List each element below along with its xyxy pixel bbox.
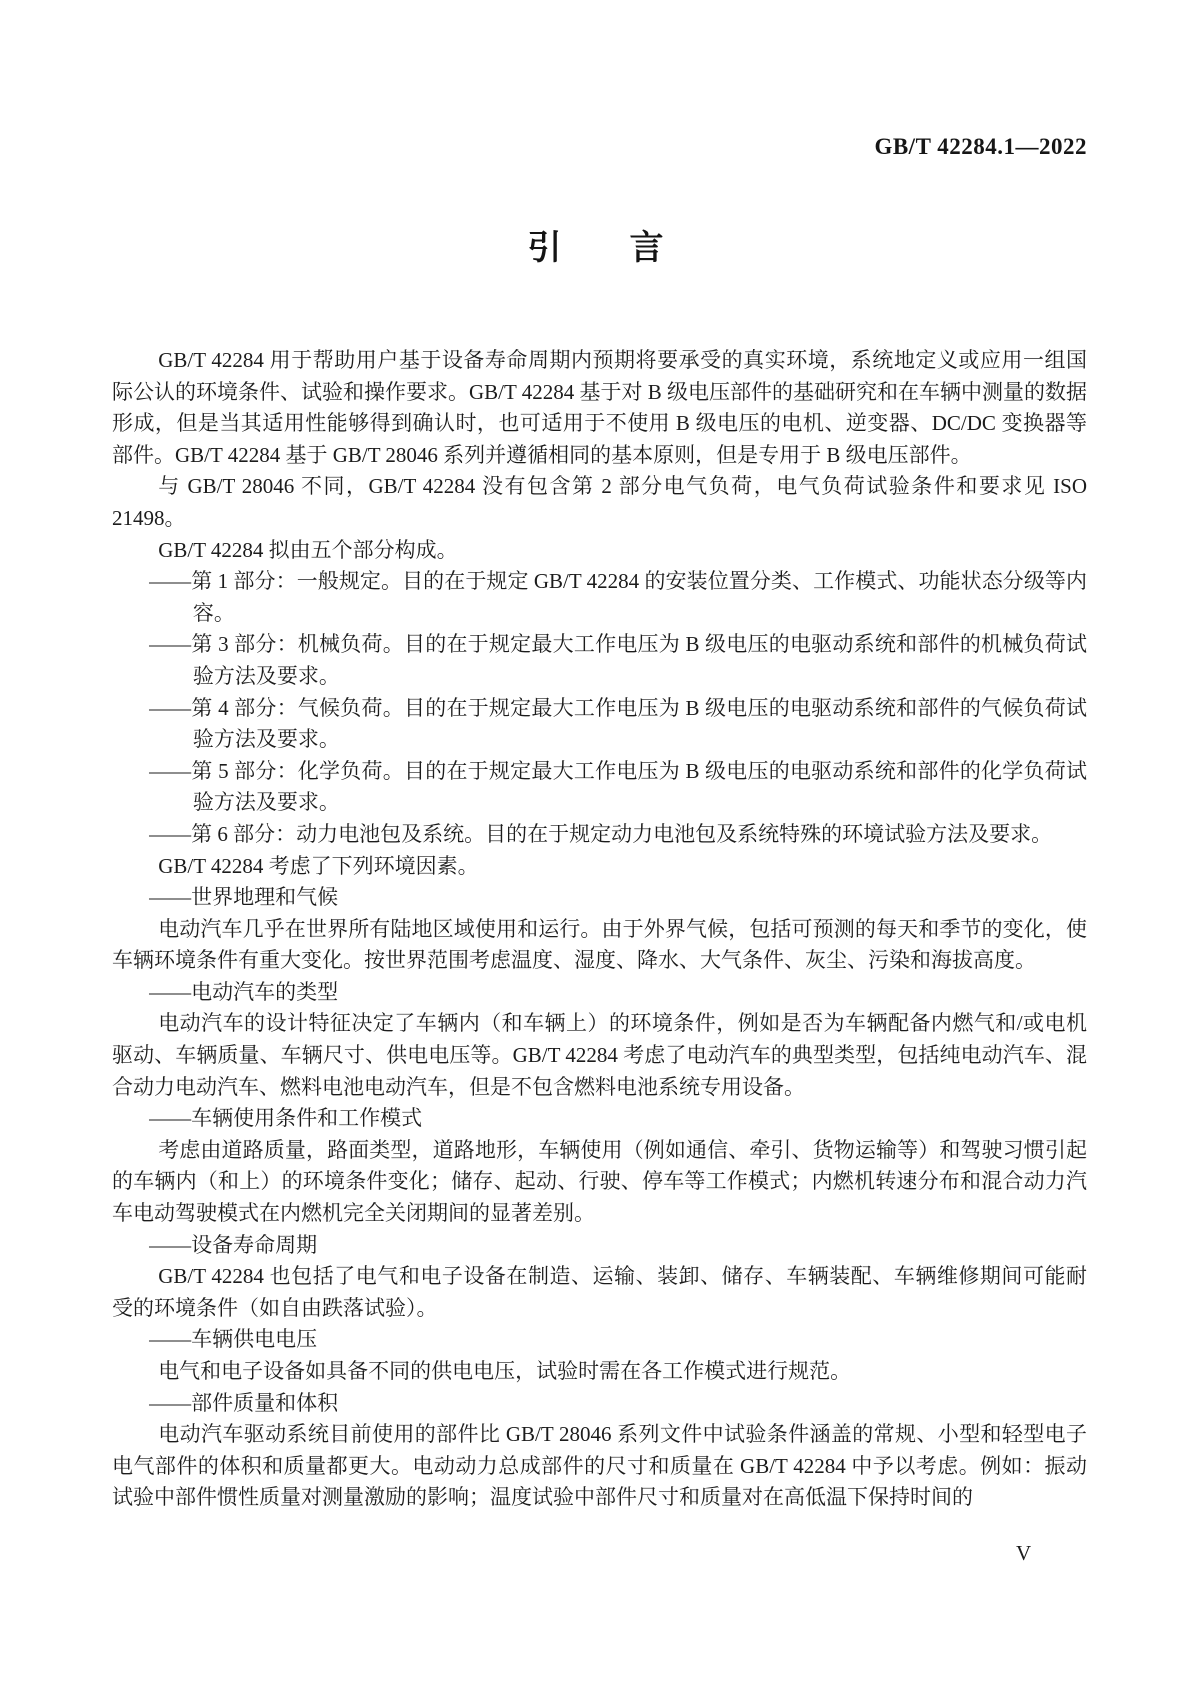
standard-number-header: GB/T 42284.1—2022	[874, 134, 1087, 160]
paragraph: GB/T 42284 也包括了电气和电子设备在制造、运输、装卸、储存、车辆装配、…	[112, 1261, 1087, 1324]
paragraph: GB/T 42284 考虑了下列环境因素。	[112, 851, 1087, 883]
paragraph: GB/T 42284 拟由五个部分构成。	[112, 535, 1087, 567]
paragraph: 与 GB/T 28046 不同，GB/T 42284 没有包含第 2 部分电气负…	[112, 471, 1087, 534]
list-item: ——第 5 部分：化学负荷。目的在于规定最大工作电压为 B 级电压的电驱动系统和…	[112, 756, 1087, 819]
list-item: ——车辆使用条件和工作模式	[112, 1103, 1087, 1135]
paragraph: 电动汽车几乎在世界所有陆地区域使用和运行。由于外界气候，包括可预测的每天和季节的…	[112, 914, 1087, 977]
document-body: GB/T 42284 用于帮助用户基于设备寿命周期内预期将要承受的真实环境，系统…	[112, 345, 1087, 1514]
list-item: ——第 6 部分：动力电池包及系统。目的在于规定动力电池包及系统特殊的环境试验方…	[112, 819, 1087, 851]
paragraph: 考虑由道路质量，路面类型，道路地形，车辆使用（例如通信、牵引、货物运输等）和驾驶…	[112, 1135, 1087, 1230]
list-item: ——世界地理和气候	[112, 882, 1087, 914]
page-number: V	[1016, 1541, 1031, 1566]
list-item: ——第 1 部分：一般规定。目的在于规定 GB/T 42284 的安装位置分类、…	[112, 566, 1087, 629]
page-title: 引 言	[0, 220, 1191, 269]
paragraph: 电动汽车的设计特征决定了车辆内（和车辆上）的环境条件，例如是否为车辆配备内燃气和…	[112, 1008, 1087, 1103]
list-item: ——设备寿命周期	[112, 1230, 1087, 1262]
list-item: ——第 4 部分：气候负荷。目的在于规定最大工作电压为 B 级电压的电驱动系统和…	[112, 693, 1087, 756]
paragraph: 电气和电子设备如具备不同的供电电压，试验时需在各工作模式进行规范。	[112, 1356, 1087, 1388]
paragraph: 电动汽车驱动系统目前使用的部件比 GB/T 28046 系列文件中试验条件涵盖的…	[112, 1419, 1087, 1514]
list-item: ——电动汽车的类型	[112, 977, 1087, 1009]
list-item: ——第 3 部分：机械负荷。目的在于规定最大工作电压为 B 级电压的电驱动系统和…	[112, 629, 1087, 692]
document-page: GB/T 42284.1—2022 引 言 GB/T 42284 用于帮助用户基…	[0, 0, 1191, 1684]
paragraph: GB/T 42284 用于帮助用户基于设备寿命周期内预期将要承受的真实环境，系统…	[112, 345, 1087, 471]
list-item: ——车辆供电电压	[112, 1324, 1087, 1356]
list-item: ——部件质量和体积	[112, 1388, 1087, 1420]
